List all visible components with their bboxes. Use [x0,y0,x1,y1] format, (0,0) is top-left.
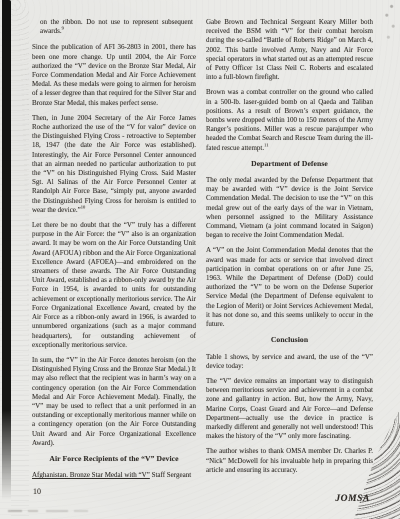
page-number: 10 [33,487,41,496]
paragraph: A “V” on the Joint Commendation Medal de… [206,246,373,329]
paragraph: Gabe Brown and Technical Sergeant Keary … [206,18,373,82]
scan-noise-top-right [382,2,398,46]
footnote-marker-9: 9 [62,26,64,31]
paragraph: Then, in June 2004 Secretary of the Air … [32,114,196,215]
paragraph: In sum, the “V” in the Air Force denotes… [32,356,196,448]
recipient-entry-name: Staff Sergeant [150,471,191,479]
scan-speckle-left-margin [11,0,29,519]
recipient-entry-award: Afghanistan. Bronze Star Medal with “V” [32,471,150,479]
paragraph-text: Brown was a combat controller on the gro… [206,88,373,151]
scanned-journal-page: { "page": { "number": "10", "journal_mar… [0,0,400,519]
paragraph: The only medal awarded by the Defense De… [206,176,373,240]
paragraph: The “V” device remains an important way … [206,377,373,441]
paragraph: Brown was a combat controller on the gro… [206,88,373,152]
book-spine-shadow [2,0,11,500]
paragraph-text: Then, in June 2004 Secretary of the Air … [32,114,196,214]
journal-footer-mark: JOMSA [335,494,370,504]
paragraph: Table 1 shows, by service and award, the… [206,353,373,371]
scan-smudge-bottom-left [8,506,104,514]
recipient-entry: Afghanistan. Bronze Star Medal with “V” … [32,471,196,480]
acknowledgment-paragraph: The author wishes to thank OMSA member D… [206,447,373,475]
paragraph: Since the publication of AFI 36-2803 in … [32,43,196,107]
section-heading-conclusion: Conclusion [206,335,373,344]
right-column: Gabe Brown and Technical Sergeant Keary … [206,18,373,488]
footnote-marker-10: 10 [81,205,86,210]
blockquote-continuation: on the ribbon. Do not use to represent s… [32,18,196,36]
section-heading-air-force-recipients: Air Force Recipients of the “V” Device [32,454,196,463]
paragraph: Let there be no doubt that the “V” truly… [32,221,196,350]
section-heading-department-of-defense: Department of Defense [206,159,373,168]
page-body: on the ribbon. Do not use to represent s… [32,18,373,488]
footnote-marker-11: 11 [264,142,268,147]
left-column: on the ribbon. Do not use to represent s… [32,18,196,488]
